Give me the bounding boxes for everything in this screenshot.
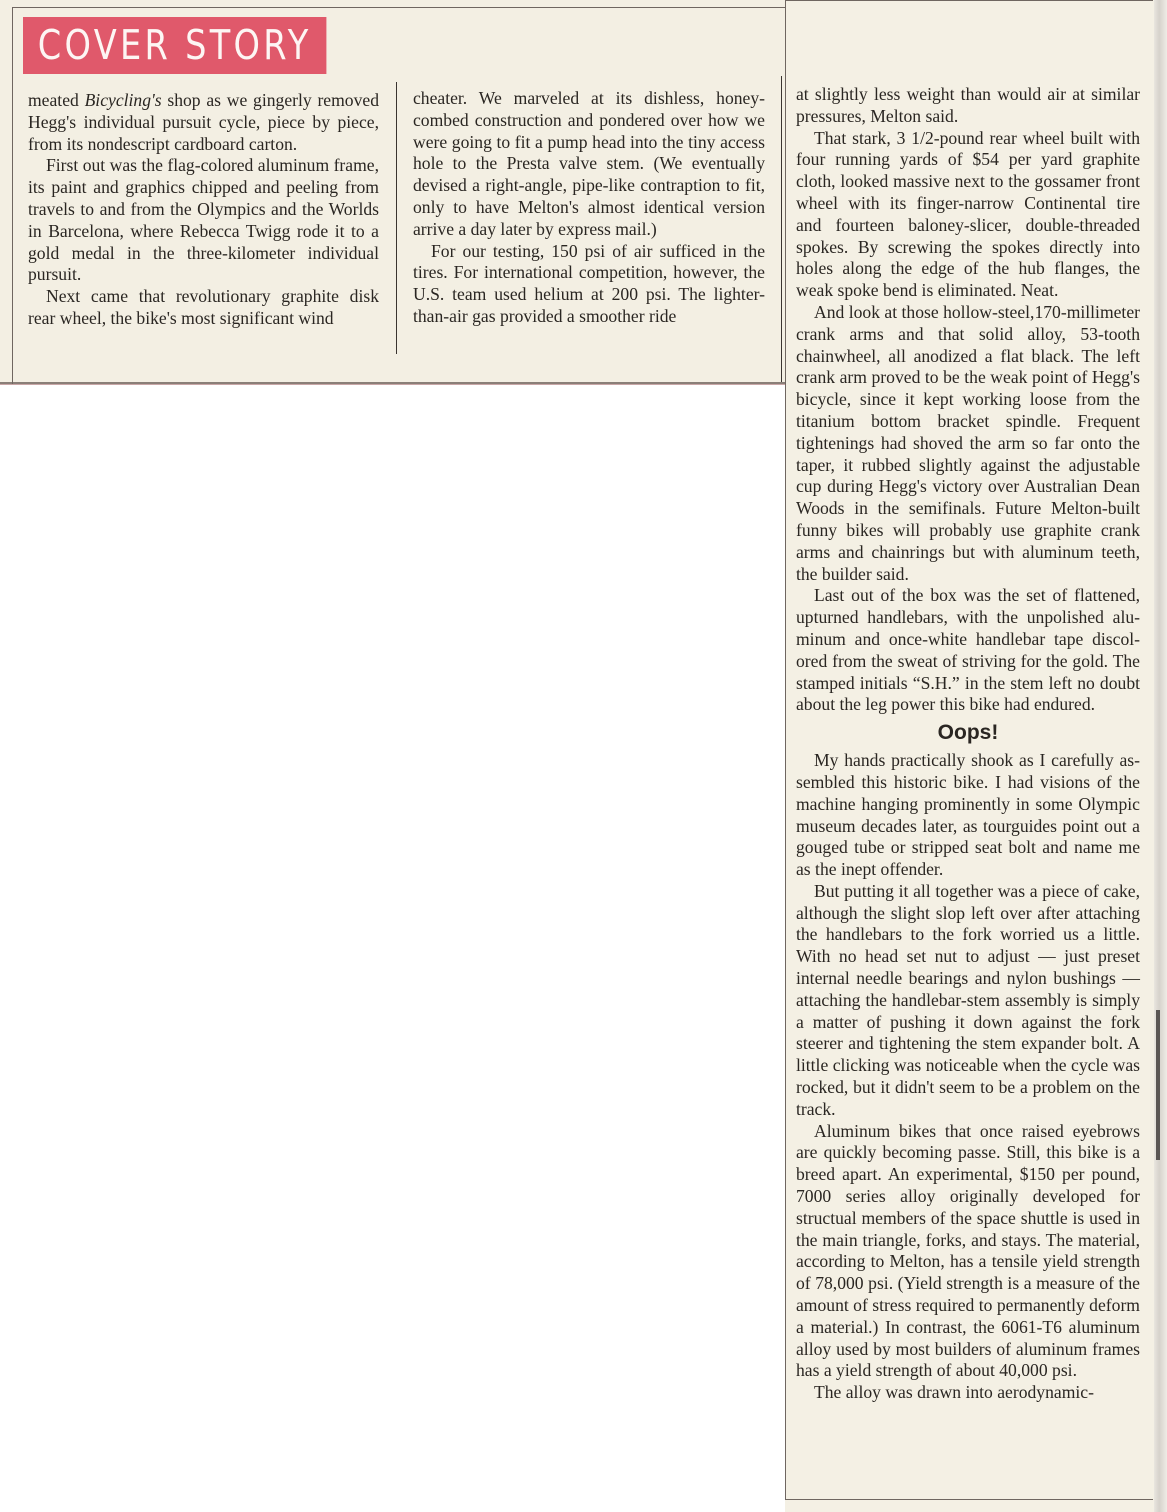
page-edge-shadow xyxy=(1154,0,1167,1512)
column-divider xyxy=(396,82,397,354)
paragraph: cheater. We marveled at its dishless, ho… xyxy=(413,88,765,241)
paragraph: Aluminum bikes that once raised eyebrows… xyxy=(796,1121,1140,1383)
publication-name: Bicycling's xyxy=(85,90,162,110)
paragraph-text: meated xyxy=(28,90,85,110)
article-column-3: at slightly less weight than would air a… xyxy=(796,84,1140,1404)
top-page-fragment: COVER STORY meated Bicycling's shop as w… xyxy=(0,0,790,384)
paragraph: at slightly less weight than would air a… xyxy=(796,84,1140,128)
paragraph: The alloy was drawn into aerodynamic- xyxy=(796,1382,1140,1404)
article-column-1: meated Bicycling's shop as we gingerly r… xyxy=(28,90,379,330)
right-page-fragment: at slightly less weight than would air a… xyxy=(785,0,1167,1512)
cover-story-banner: COVER STORY xyxy=(23,17,326,74)
paragraph: My hands practically shook as I carefull… xyxy=(796,750,1140,881)
paragraph: That stark, 3 1/2-pound rear wheel built… xyxy=(796,128,1140,302)
paragraph: Last out of the box was the set of flatt… xyxy=(796,585,1140,716)
page-edge-mark xyxy=(1156,1010,1160,1160)
paragraph: And look at those hollow-steel,170-milli… xyxy=(796,302,1140,585)
paragraph: But putting it all together was a piece … xyxy=(796,881,1140,1121)
section-subheading: Oops! xyxy=(796,720,1140,746)
paragraph: Next came that revolutionary graphite di… xyxy=(28,286,379,330)
paragraph: For our testing, 150 psi of air sufficed… xyxy=(413,241,765,328)
column-divider xyxy=(781,76,782,382)
paragraph: meated Bicycling's shop as we gingerly r… xyxy=(28,90,379,155)
paragraph: First out was the flag-colored aluminum … xyxy=(28,155,379,286)
article-column-2: cheater. We marveled at its dishless, ho… xyxy=(413,88,765,328)
